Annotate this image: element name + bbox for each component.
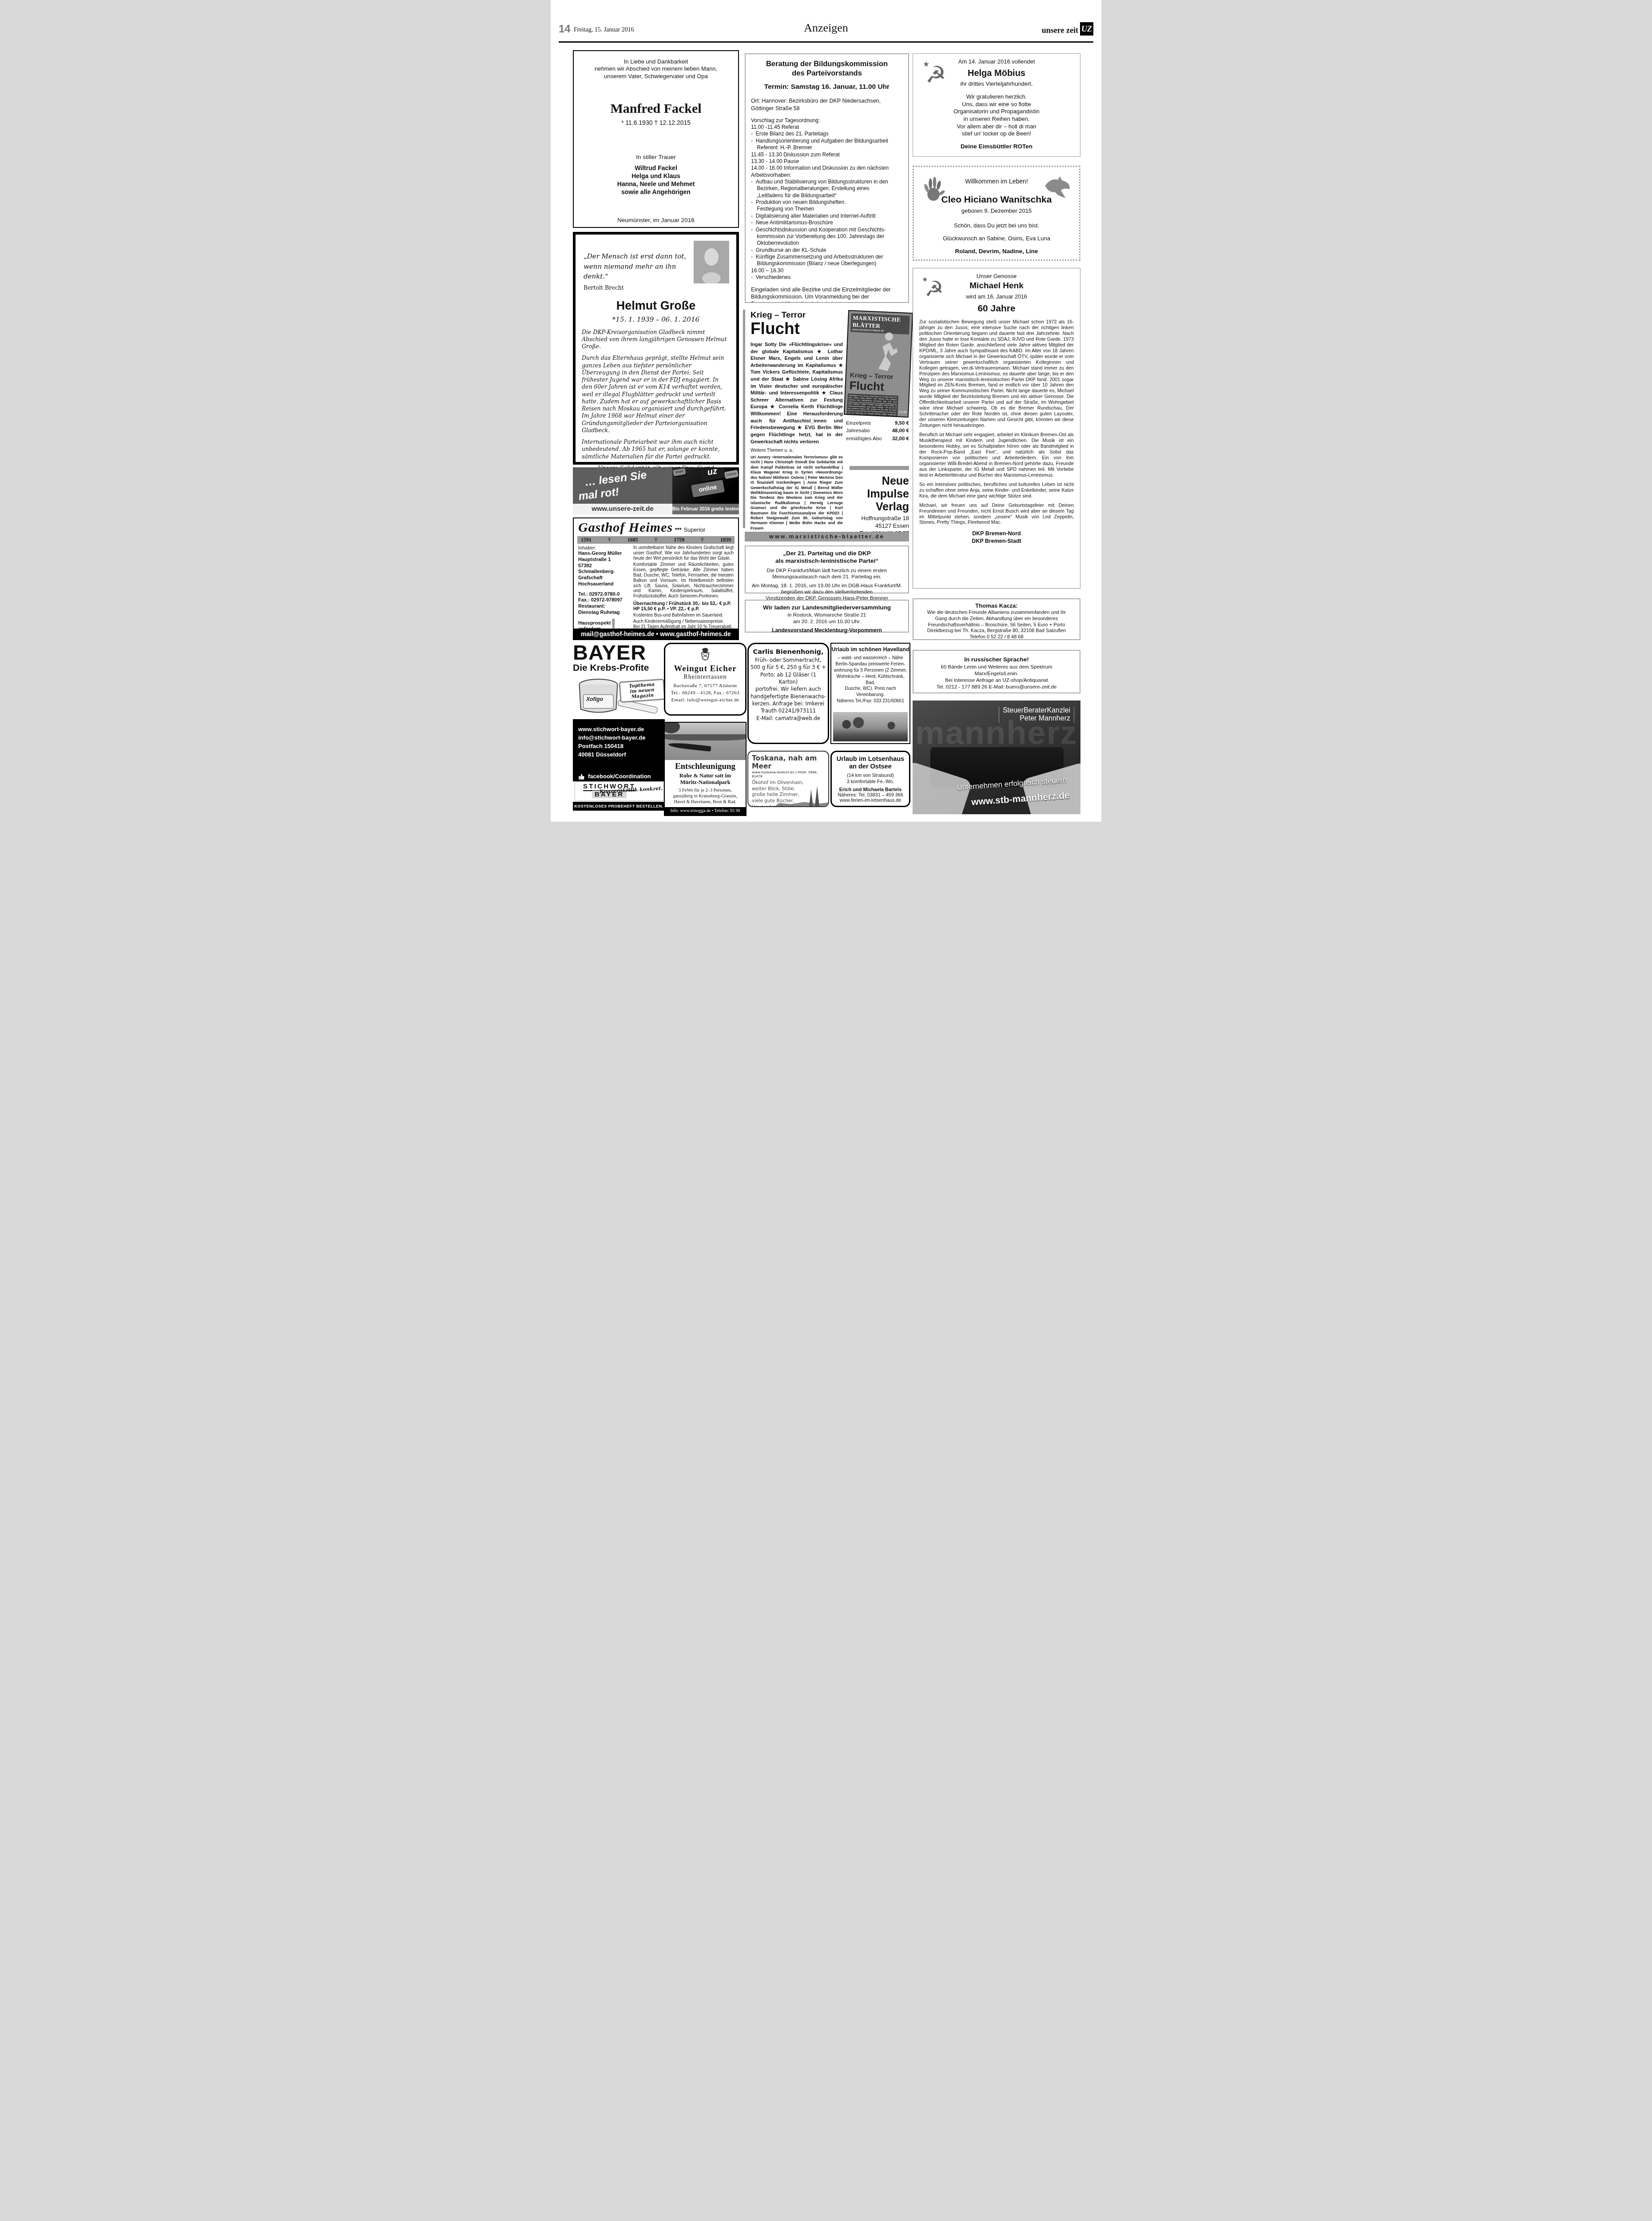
fackel-name: Manfred Fackel: [578, 101, 734, 116]
lotsenhaus-line2: 3 komfortable Fe.-Wo.: [833, 779, 908, 784]
lotsenhaus-line4: www.ferien-im-lotsenhaus.de: [833, 798, 908, 803]
hammer-sickle-icon: ☭: [925, 279, 944, 300]
grosse-quote-author: Bertolt Brecht: [584, 284, 730, 291]
heimes-owner-block: Inhaber: Hans-Georg Müller Hauptstraße 1…: [578, 545, 630, 633]
entschleunigung-body: 3 FeWo für je 2–3 Personen, ganzjährig i…: [665, 788, 746, 805]
price-label: Einzelpreis: [846, 420, 871, 427]
eicher-lines: Bachstraße 7, 67577 Alsheim Tel.: 06249 …: [667, 683, 743, 704]
mannherz-header: SteuerBeraterKanzlei Peter Mannherz: [999, 707, 1074, 723]
dove-icon: [1043, 175, 1072, 200]
henk-p4: Michael, wir freuen uns auf Deine Geburt…: [919, 503, 1074, 526]
russisch-box: In russischer Sprache! 60 Bände Lenin un…: [913, 650, 1080, 693]
cover-title2: Flucht: [849, 378, 884, 394]
landes-lines: in Rostock, Wismarsche Straße 21 am 20. …: [748, 612, 905, 625]
grosse-p1: Die DKP-Kreisorganisation Gladbeck nimmt…: [582, 329, 730, 350]
newspaper-page: 14 Freitag, 15. Januar 2016 Anzeigen uns…: [551, 0, 1101, 822]
cleo-line3: Schön, dass Du jetzt bei uns bist.: [917, 222, 1076, 229]
heimes-r2: Komfortable Zimmer und Räumlichkeiten, g…: [633, 562, 734, 599]
beratung-agenda: Vorschlag zur Tagesordnung: 11.00 -11.45…: [751, 117, 903, 281]
moebius-box: ★ ☭ Am 14. Januar 2016 vollendet Helga M…: [913, 53, 1080, 157]
price-value: 9,50 €: [895, 420, 909, 427]
henk-line3: 60 Jahre: [919, 303, 1074, 314]
parteitag-title: „Der 21. Parteitag und die DKP als marxi…: [748, 550, 905, 565]
hammer-sickle-icon: ☭: [925, 64, 946, 87]
heimes-stars: ***: [675, 526, 682, 533]
grosse-p3: Internationale Parteiarbeit war ihm auch…: [582, 438, 730, 460]
entschleunigung-ad: Entschleunigung Ruhe & Natur satt im Mür…: [664, 722, 747, 816]
toskana-title: Toskana, nah am Meer: [752, 754, 825, 770]
cover-price: € 9,50: [899, 411, 906, 414]
uz-logo-icon: UZ: [1080, 22, 1093, 36]
price-label: ermäßigtes Abo: [846, 435, 882, 443]
heimes-r1: In unmittelbarer Nähe des Klosters Grafs…: [633, 545, 734, 561]
henk-box: ★ ☭ Unser Genosse Michael Henk wird am 1…: [913, 268, 1080, 589]
parteitag-box: „Der 21. Parteitag und die DKP als marxi…: [745, 545, 909, 593]
cleo-line2: geboren 9. Dezember 2015: [917, 207, 1076, 214]
topthema-badge: Topthema im neuen Magazin: [619, 679, 665, 703]
svg-text:Xofigo: Xofigo: [586, 696, 604, 702]
moebius-body: Wir gratulieren herzlich. Uns, dass wir …: [917, 93, 1076, 138]
weitere-heading: Weitere Themen u. a.:: [751, 448, 843, 453]
brand-name: unsere zeit: [1042, 26, 1078, 35]
stichwort-logo: STICHWORT BAYER Konzernkritik konkret.: [575, 781, 664, 801]
uz-online-ad-left-panel: … lesen Sie mal rot!: [573, 467, 672, 504]
weitere-body: Uri Avnery »Internationalen Terrorismus«…: [751, 455, 843, 531]
cleo-box: Willkommen im Leben! Cleo Hiciano Wanits…: [913, 166, 1080, 261]
fackel-place: Neumünster, im Januar 2016: [578, 217, 734, 223]
kacza-title: Thomas Kacza:: [915, 602, 1078, 609]
price-value: 48,00 €: [892, 427, 909, 435]
delete-key: Delete: [724, 470, 739, 479]
thumb-up-icon: [578, 773, 585, 780]
krieg-title2: Flucht: [751, 319, 800, 338]
entschleunigung-title: Entschleunigung: [665, 762, 746, 772]
fackel-mourners: Wiltrud Fackel Helga und Klaus Hanna, Ne…: [578, 164, 734, 196]
mueritz-photo: [665, 723, 746, 760]
fackel-intro: In Liebe und Dankbarkeit nehmen wir Absc…: [578, 58, 734, 80]
bienenhonig-title: Carlis Bienenhonig,: [751, 649, 826, 656]
year-1685: 1685: [627, 536, 638, 544]
bayer-panel: www.stichwort-bayer.de info@stichwort-ba…: [573, 719, 665, 772]
lotsenhaus-title: Urlaub im Lotsenhaus an der Ostsee: [833, 756, 908, 770]
havelland-ad: Urlaub im schönen Havelland – wald- und …: [830, 643, 910, 744]
running-figure-icon: [868, 330, 901, 373]
grosse-portrait-photo: [694, 241, 729, 283]
toskana-body: Ökohof im Olivenhain, weiter Blick, Stil…: [752, 780, 825, 807]
entschleunigung-footer: Info: www.trinogga.de • Telefon: 03 98 2…: [665, 807, 746, 815]
ad-side-bar: [743, 310, 745, 528]
magazine-cover: MARXISTISCHE BLÄTTER www.marxistische-bl…: [844, 310, 913, 418]
henk-p2: Beruflich ist Michael sehr engagiert, ar…: [919, 432, 1074, 478]
price-label: Jahresabo: [846, 427, 870, 435]
heimes-superior: Superior: [683, 526, 705, 533]
heimes-contact-lines: Tel.: 02972-9780-0 Fax.: 02972-978097 Re…: [578, 592, 630, 616]
toskana-ad: Toskana, nah am Meer www.toskana-biohof.…: [747, 751, 829, 807]
bayer-title: BAYER: [573, 643, 665, 663]
mannherz-ad: mannherz SteuerBeraterKanzlei Peter Mann…: [913, 701, 1080, 814]
header-rule: [559, 41, 1093, 43]
year-1591: 1591: [581, 536, 592, 544]
bayer-ad: BAYER Die Krebs-Profite Xofigo Topthema …: [573, 643, 665, 817]
lotsenhaus-sig: Erich und Michaela Bartels: [833, 787, 908, 792]
henk-sig: DKP Bremen-Nord DKP Bremen-Stadt: [919, 530, 1074, 545]
heimes-price1: Übernachtung / Frühstück 30,- bis 53,- €…: [633, 601, 734, 606]
heimes-r5: Kostenlos Bus-und Bahnfahren im Sauerlan…: [633, 613, 734, 618]
beratung-closing: Eingeladen sind alle Bezirke und die Ein…: [751, 286, 903, 303]
russisch-title: In russischer Sprache!: [915, 656, 1078, 663]
havelland-title: Urlaub im schönen Havelland: [831, 646, 909, 653]
beratung-title: Beratung der Bildungskommission des Part…: [751, 60, 903, 78]
bildungskommission-box: Beratung der Bildungskommission des Part…: [745, 53, 909, 303]
insert-key: Insert: [673, 468, 686, 477]
bienenhonig-ad: Carlis Bienenhonig, Früh- oder Sommertra…: [747, 643, 829, 744]
eicher-sub: Rheinterrassen: [667, 674, 743, 681]
grosse-name: Helmut Große: [582, 299, 730, 313]
heimes-text-block: In unmittelbarer Nähe des Klosters Grafs…: [630, 545, 734, 633]
entschleunigung-sub: Ruhe & Natur satt im Müritz-Nationalpark: [665, 772, 746, 786]
cleo-line4: Glückwunsch an Sabine, Osiris, Eva Luna: [917, 235, 1076, 242]
landes-footer: Landesvorstand Mecklenburg-Vorpommern: [748, 627, 905, 633]
heimes-owner-lines: Hans-Georg Müller Hauptstraße 1 57392 Sc…: [578, 551, 630, 588]
henk-p3: So ein intensives politisches, beruflich…: [919, 482, 1074, 499]
beratung-termin: Termin: Samstag 16. Januar, 11.00 Uhr: [751, 83, 903, 91]
landesversammlung-box: Wir laden zur Landesmitgliederversammlun…: [745, 600, 909, 633]
fackel-dates: * 11.6.1930 † 12.12.2015: [578, 119, 734, 126]
henk-p1: Zur sozialistischen Bewegung stieß unser…: [919, 319, 1074, 429]
uz-promo: Bis Februar 2016 gratis testen: [672, 504, 739, 514]
eicher-ad: Weingut Eicher Rheinterrassen Bachstraße…: [664, 643, 747, 716]
obituary-grosse: „Der Mensch ist erst dann tot, wenn niem…: [573, 232, 739, 465]
landes-title: Wir laden zur Landesmitgliederversammlun…: [748, 604, 905, 611]
beratung-ort: Ort: Hannover: Bezirksbüro der DKP Niede…: [751, 97, 903, 112]
bayer-facebook: facebook/Coordination: [588, 773, 651, 780]
cross-icon: ✝: [654, 536, 658, 544]
gasthof-heimes-ad: Gasthof Heimes *** Superior 1591 ✝ 1685 …: [573, 517, 739, 640]
krieg-body: Ingar Solty Die »Flüchtlingskrise« und d…: [751, 342, 843, 446]
bienenhonig-body: Früh- oder Sommertracht, 500 g für 5 €, …: [751, 657, 826, 722]
kacza-box: Thomas Kacza: Wie die deutschen Freunde …: [913, 598, 1080, 640]
russisch-body: 60 Bände Lenin und Weiteres aus dem Spek…: [915, 664, 1078, 691]
cross-icon: ✝: [700, 536, 705, 544]
havelland-photo: [833, 712, 908, 741]
price-list: Einzelpreis9,50 € Jahresabo48,00 € ermäß…: [846, 420, 909, 443]
marx-blaetter-url-bar: www.marxistische-blaetter.de: [745, 532, 909, 541]
heimes-title: Gasthof Heimes: [578, 520, 673, 535]
havelland-body: – wald- und wasserreich – Nähe Berlin-Sp…: [831, 655, 909, 705]
section-title: Anzeigen: [551, 21, 1101, 35]
kacza-body: Wie die deutschen Freunde Albaniens zusa…: [915, 610, 1078, 641]
bayer-footer: KOSTENLOSES PROBEHEFT BESTELLEN. JETZT.: [573, 802, 665, 811]
moebius-sig: Deine Eimsbüttler ROTen: [917, 143, 1076, 150]
verlag-name: Neue Impulse Verlag: [846, 475, 909, 513]
winery-crest-icon: [698, 647, 713, 662]
canoe-shape: [668, 742, 711, 752]
heimes-price2: HP 15,50 € p.P. • VP. 22,- € p.P.: [633, 606, 734, 612]
grosse-dates: *15. 1. 1939 – 06. 1. 2016: [582, 315, 730, 323]
grosse-quote: „Der Mensch ist erst dann tot, wenn niem…: [584, 251, 688, 282]
uz-url: www.unsere-zeit.de: [573, 504, 672, 514]
lotsenhaus-ad: Urlaub im Lotsenhaus an der Ostsee (14 k…: [830, 751, 910, 807]
fackel-mourning: In stiller Trauer: [578, 154, 734, 160]
xofigo-image: Xofigo Topthema im neuen Magazin: [573, 677, 665, 718]
uz-key: uz: [699, 467, 726, 482]
mannherz-line2: Peter Mannherz: [1003, 715, 1070, 723]
krieg-title1: Krieg – Terror: [751, 310, 806, 320]
handprint-icon: [922, 177, 945, 203]
lotsenhaus-line3: Näheres: Tel. 03831 – 459 366: [833, 792, 908, 798]
toskana-sub: www.toskana-biohof.de | 0039. 0566. 8147…: [752, 770, 825, 778]
year-1839: 1839: [720, 536, 731, 544]
online-key: online: [691, 480, 725, 498]
marxistische-blaetter-ad: Krieg – Terror Flucht Ingar Solty Die »F…: [743, 310, 909, 528]
grosse-p2: Durch das Elternhaus geprägt, stellte He…: [582, 354, 730, 434]
parteitag-p2: Am Montag, 18. 1. 2016, um 19.00 Uhr im …: [748, 583, 905, 602]
year-1759: 1759: [674, 536, 684, 544]
mannherz-line1: SteuerBeraterKanzlei: [1003, 707, 1070, 715]
uz-online-ad: … lesen Sie mal rot! uz online Delete In…: [573, 467, 739, 514]
cross-icon: ✝: [607, 536, 612, 544]
heimes-footer: mail@gasthof-heimes.de • www.gasthof-hei…: [574, 629, 738, 639]
price-value: 32,00 €: [892, 435, 909, 443]
obituary-fackel: In Liebe und Dankbarkeit nehmen wir Absc…: [573, 50, 739, 228]
bayer-subtitle: Die Krebs-Profite: [573, 663, 665, 673]
heimes-owner-label: Inhaber:: [578, 545, 630, 551]
lotsenhaus-line1: (14 km von Stralsund): [833, 773, 908, 778]
cover-contributors: Mit Beiträgen von Uri Avnery, Lothar Els…: [847, 394, 898, 416]
eicher-title: Weingut Eicher: [667, 664, 743, 674]
parteitag-p1: Die DKP Frankfurt/Main lädt herzlich zu …: [748, 568, 905, 581]
heimes-years-bar: 1591 ✝ 1685 ✝ 1759 ✝ 1839: [577, 536, 735, 544]
cleo-sig: Roland, Devrim, Nadine, Line: [917, 248, 1076, 255]
verlag-bar: [850, 466, 909, 470]
